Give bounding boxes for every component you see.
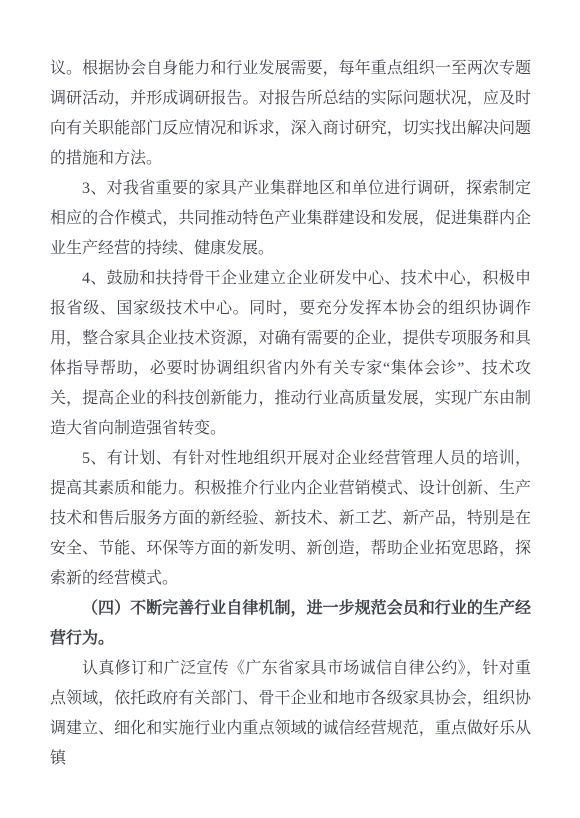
paragraph-continuation: 议。根据协会自身能力和行业发展需要，每年重点组织一至两次专题调研活动，并形成调研… [50,54,531,174]
paragraph-self-discipline: 认真修订和广泛宣传《广东省家具市场诚信自律公约》，针对重点领域，依托政府有关部门… [50,654,531,774]
section-heading-4: （四）不断完善行业自律机制，进一步规范会员和行业的生产经营行为。 [50,594,531,654]
document-page: 议。根据协会自身能力和行业发展需要，每年重点组织一至两次专题调研活动，并形成调研… [0,0,580,818]
document-text-block: 议。根据协会自身能力和行业发展需要，每年重点组织一至两次专题调研活动，并形成调研… [50,54,531,774]
paragraph-item-3: 3、对我省重要的家具产业集群地区和单位进行调研，探索制定相应的合作模式，共同推动… [50,174,531,264]
paragraph-item-4: 4、鼓励和扶持骨干企业建立企业研发中心、技术中心，积极申报省级、国家级技术中心。… [50,264,531,444]
paragraph-item-5: 5、有计划、有针对性地组织开展对企业经营管理人员的培训，提高其素质和能力。积极推… [50,444,531,594]
